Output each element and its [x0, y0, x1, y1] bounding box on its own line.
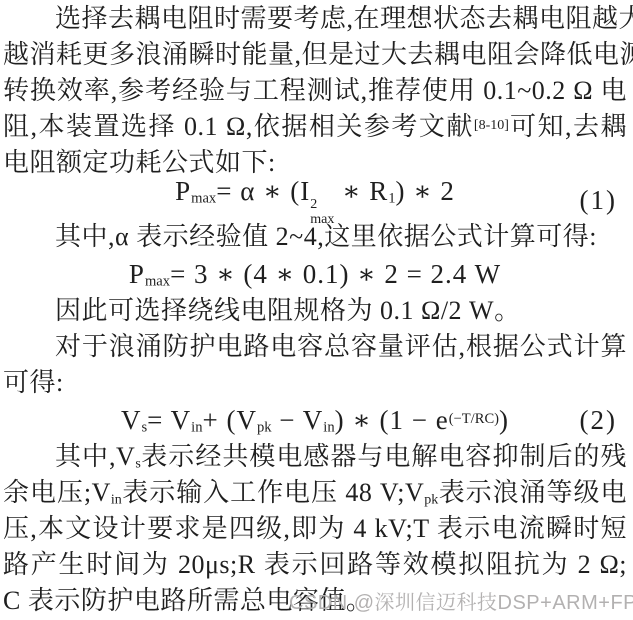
line-text: 对于浪涌防护电路电容总容量评估,根据公式计算: [55, 332, 627, 361]
line-text: 压,本文设计要求是四级,即为 4 kV;T 表示电流瞬时短: [3, 514, 627, 543]
text-run: 可知,去耦: [509, 112, 627, 141]
line-text: 因此可选择绕线电阻规格为 0.1 Ω/2 W。: [55, 296, 521, 325]
subscript: max: [145, 274, 170, 290]
text-run: 对于浪涌防护电路电容总容量评估,根据公式计算: [55, 332, 627, 361]
text-run: = V: [147, 405, 191, 435]
superscript: [8-10]: [474, 117, 509, 133]
text-line: 选择去耦电阻时需要考虑,在理想状态去耦电阻越大: [3, 1, 627, 37]
line-text: 其中,Vs表示经共模电感器与电解电容抑制后的残: [55, 442, 627, 471]
line-text: 余电压;Vin表示输入工作电压 48 V;Vpk表示浪涌等级电: [3, 478, 627, 507]
subscript: max: [191, 191, 216, 207]
text-line: 因此可选择绕线电阻规格为 0.1 Ω/2 W。: [3, 293, 627, 329]
text-run: 阻,本装置选择 0.1 Ω,依据相关参考文献: [3, 112, 474, 141]
text-run: ∗ R: [334, 176, 388, 206]
text-run: V: [121, 405, 142, 435]
text-run: 余电压;V: [3, 478, 111, 507]
superscript: (−T/RC): [449, 411, 499, 427]
text-line: 压,本文设计要求是四级,即为 4 kV;T 表示电流瞬时短: [3, 511, 627, 547]
text-run: = α ∗ (I: [216, 176, 310, 206]
text-run: ): [499, 405, 509, 435]
text-run: − V: [272, 405, 324, 435]
line-text: 转换效率,参考经验与工程测试,推荐使用 0.1~0.2 Ω 电: [3, 76, 627, 105]
text-run: + (V: [203, 405, 257, 435]
csdn-watermark: CSDN @深圳信迈科技DSP+ARM+FPGA: [289, 586, 633, 615]
text-line: 可得:: [3, 365, 627, 401]
text-line: 余电压;Vin表示输入工作电压 48 V;Vpk表示浪涌等级电: [3, 475, 627, 511]
formula-line: Pmax= 3 ∗ (4 ∗ 0.1) ∗ 2 = 2.4 W: [3, 255, 627, 293]
formula-content: Vs= Vin+ (Vpk − Vin) ∗ (1 − e(−T/RC)): [121, 402, 509, 438]
line-text: 可得:: [3, 368, 64, 397]
text-run: P: [175, 176, 191, 206]
text-line: 其中,Vs表示经共模电感器与电解电容抑制后的残: [3, 439, 627, 475]
equation-number: (2): [580, 402, 617, 438]
text-run: = 3 ∗ (4 ∗ 0.1) ∗ 2 = 2.4 W: [170, 259, 501, 289]
text-line: 阻,本装置选择 0.1 Ω,依据相关参考文献[8-10]可知,去耦: [3, 109, 627, 145]
text-run: 表示浪涌等级电: [438, 478, 627, 507]
text-run: 路产生时间为 20μs;R 表示回路等效模拟阻抗为 2 Ω;: [3, 550, 627, 579]
sup-sub-stack: 2max: [310, 197, 334, 226]
formula-content: Pmax= α ∗ (I2max ∗ R1) ∗ 2: [175, 173, 455, 226]
formula-content: Pmax= 3 ∗ (4 ∗ 0.1) ∗ 2 = 2.4 W: [129, 256, 501, 292]
subscript: pk: [257, 420, 272, 436]
text-line: 对于浪涌防护电路电容总容量评估,根据公式计算: [3, 329, 627, 365]
subscript: 1: [388, 191, 395, 207]
text-run: 可得:: [3, 368, 64, 397]
text-run: 表示经共模电感器与电解电容抑制后的残: [141, 442, 627, 471]
subscript: in: [191, 420, 202, 436]
text-run: 因此可选择绕线电阻规格为 0.1 Ω/2 W。: [55, 296, 521, 325]
text-line: 路产生时间为 20μs;R 表示回路等效模拟阻抗为 2 Ω;: [3, 547, 627, 583]
text-run: 越消耗更多浪涌瞬时能量,但是过大去耦电阻会降低电源: [3, 40, 633, 69]
text-run: 其中,V: [55, 442, 135, 471]
text-run: 选择去耦电阻时需要考虑,在理想状态去耦电阻越大: [55, 4, 633, 33]
text-run: P: [129, 259, 145, 289]
document-page: 选择去耦电阻时需要考虑,在理想状态去耦电阻越大越消耗更多浪涌瞬时能量,但是过大去…: [0, 0, 633, 620]
line-text: 选择去耦电阻时需要考虑,在理想状态去耦电阻越大: [55, 4, 633, 33]
article-text: 选择去耦电阻时需要考虑,在理想状态去耦电阻越大越消耗更多浪涌瞬时能量,但是过大去…: [3, 1, 627, 619]
subscript: in: [111, 492, 122, 508]
formula-line: Vs= Vin+ (Vpk − Vin) ∗ (1 − e(−T/RC))(2): [3, 401, 627, 439]
line-text: 阻,本装置选择 0.1 Ω,依据相关参考文献[8-10]可知,去耦: [3, 112, 627, 141]
text-run: 表示输入工作电压 48 V;V: [122, 478, 424, 507]
line-text: 越消耗更多浪涌瞬时能量,但是过大去耦电阻会降低电源: [3, 40, 633, 69]
text-run: ) ∗ 2: [396, 176, 455, 206]
text-run: 压,本文设计要求是四级,即为 4 kV;T 表示电流瞬时短: [3, 514, 627, 543]
formula-line: Pmax= α ∗ (I2max ∗ R1) ∗ 2(1): [3, 181, 627, 219]
text-run: 转换效率,参考经验与工程测试,推荐使用 0.1~0.2 Ω 电: [3, 76, 627, 105]
subscript: in: [323, 420, 334, 436]
text-line: 越消耗更多浪涌瞬时能量,但是过大去耦电阻会降低电源: [3, 37, 627, 73]
equation-number: (1): [580, 182, 617, 218]
line-text: 路产生时间为 20μs;R 表示回路等效模拟阻抗为 2 Ω;: [3, 550, 627, 579]
subscript: pk: [424, 492, 438, 508]
text-line: 转换效率,参考经验与工程测试,推荐使用 0.1~0.2 Ω 电: [3, 73, 627, 109]
text-run: ) ∗ (1 − e: [335, 405, 449, 435]
